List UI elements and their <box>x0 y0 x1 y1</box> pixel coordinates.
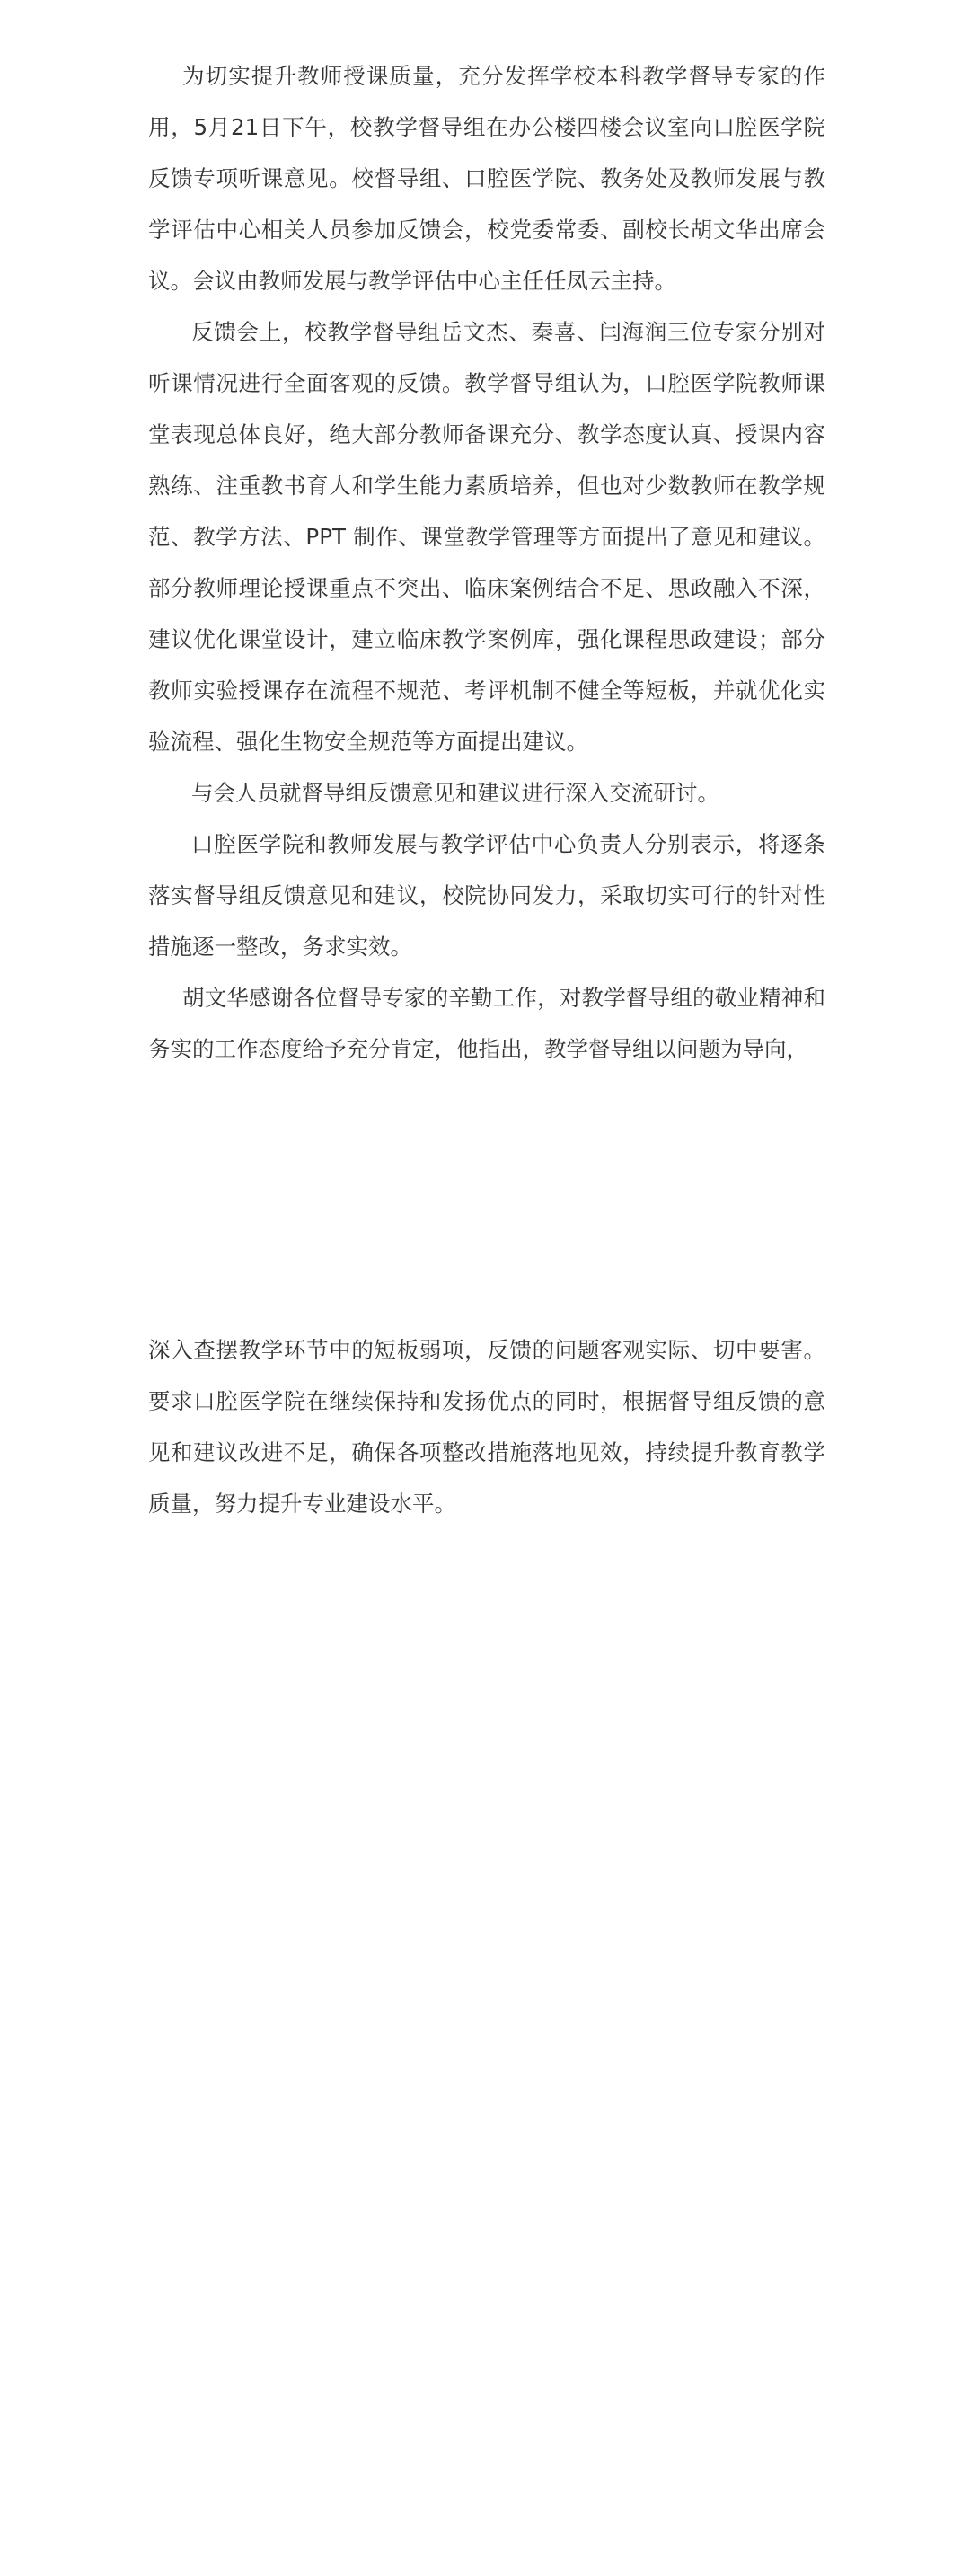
article-paragraph-remarks-continued: 深入查摆教学环节中的短板弱项，反馈的问题客观实际、切中要害。要求口腔医学院在继续… <box>148 1324 825 1529</box>
article-paragraph-intro: 为切实提升教师授课质量，充分发挥学校本科教学督导专家的作用，5月21日下午，校教… <box>148 50 825 306</box>
article-paragraph-response: 口腔医学院和教师发展与教学评估中心负责人分别表示，将逐条落实督导组反馈意见和建议… <box>148 819 825 972</box>
article-paragraph-discussion: 与会人员就督导组反馈意见和建议进行深入交流研讨。 <box>148 767 825 819</box>
article-paragraph-remarks: 胡文华感谢各位督导专家的辛勤工作，对教学督导组的敬业精神和务实的工作态度给予充分… <box>148 972 825 1075</box>
article-body: 为切实提升教师授课质量，充分发挥学校本科教学督导专家的作用，5月21日下午，校教… <box>148 50 825 1529</box>
article-paragraph-feedback: 反馈会上，校教学督导组岳文杰、秦喜、闫海润三位专家分别对听课情况进行全面客观的反… <box>148 306 825 767</box>
blank-gap <box>148 1075 825 1324</box>
